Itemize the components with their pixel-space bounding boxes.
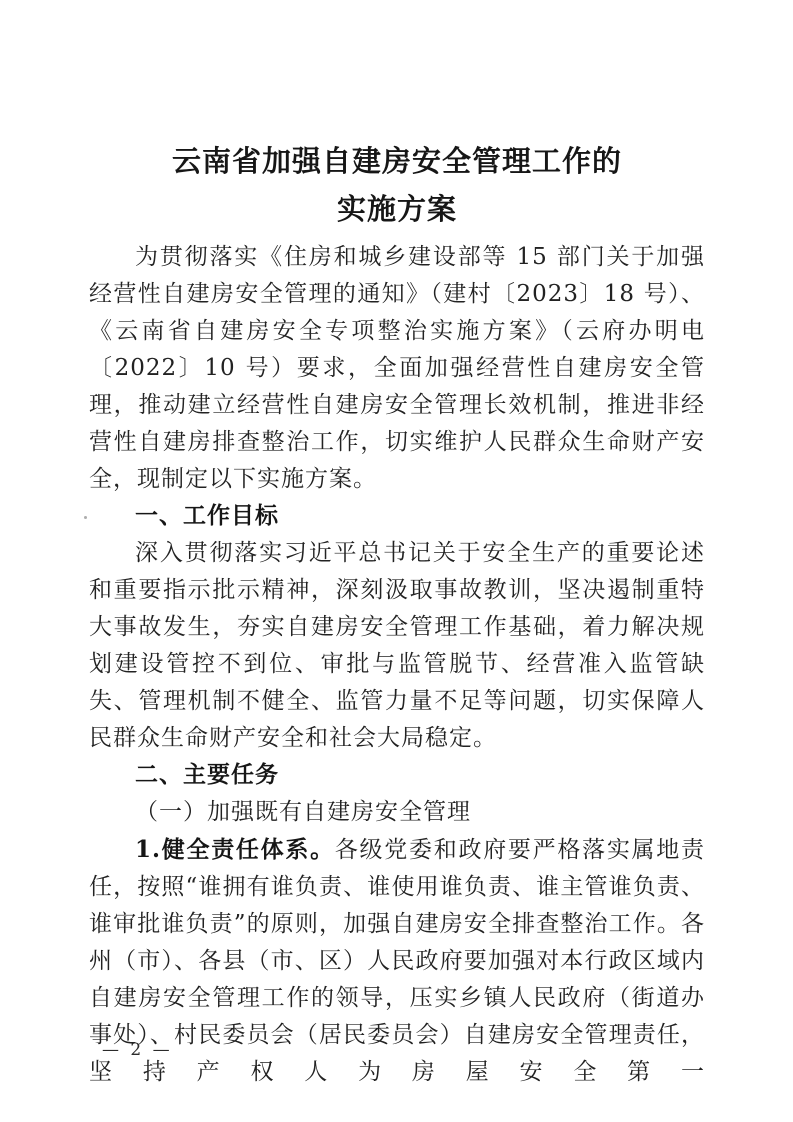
document-title: 云南省加强自建房安全管理工作的 实施方案 [89, 137, 705, 233]
page-number: — 2 — [102, 1040, 173, 1060]
section-2-subheading-1: （一）加强既有自建房安全管理 [89, 794, 705, 831]
item-1-body: 各级党委和政府要严格落实属地责任，按照“谁拥有谁负责、谁使用谁负责、谁主管谁负责… [89, 837, 705, 1085]
document-title-line1: 云南省加强自建房安全管理工作的 [89, 137, 705, 185]
document-content: 云南省加强自建房安全管理工作的 实施方案 为贯彻落实《住房和城乡建设部等 15 … [89, 0, 705, 1091]
section-2-heading: 二、主要任务 [89, 757, 705, 794]
section-1-heading: 一、工作目标 [89, 498, 705, 535]
intro-paragraph: 为贯彻落实《住房和城乡建设部等 15 部门关于加强经营性自建房安全管理的通知》（… [89, 239, 705, 498]
section-1-paragraph: 深入贯彻落实习近平总书记关于安全生产的重要论述和重要指示批示精神，深刻汲取事故教… [89, 535, 705, 757]
item-1-lead: 1.健全责任体系。 [135, 836, 335, 863]
document-page: 云南省加强自建房安全管理工作的 实施方案 为贯彻落实《住房和城乡建设部等 15 … [0, 0, 793, 1122]
document-title-line2: 实施方案 [89, 185, 705, 233]
item-1-paragraph: 1.健全责任体系。各级党委和政府要严格落实属地责任，按照“谁拥有谁负责、谁使用谁… [89, 831, 705, 1091]
scan-speck-icon [84, 516, 87, 519]
